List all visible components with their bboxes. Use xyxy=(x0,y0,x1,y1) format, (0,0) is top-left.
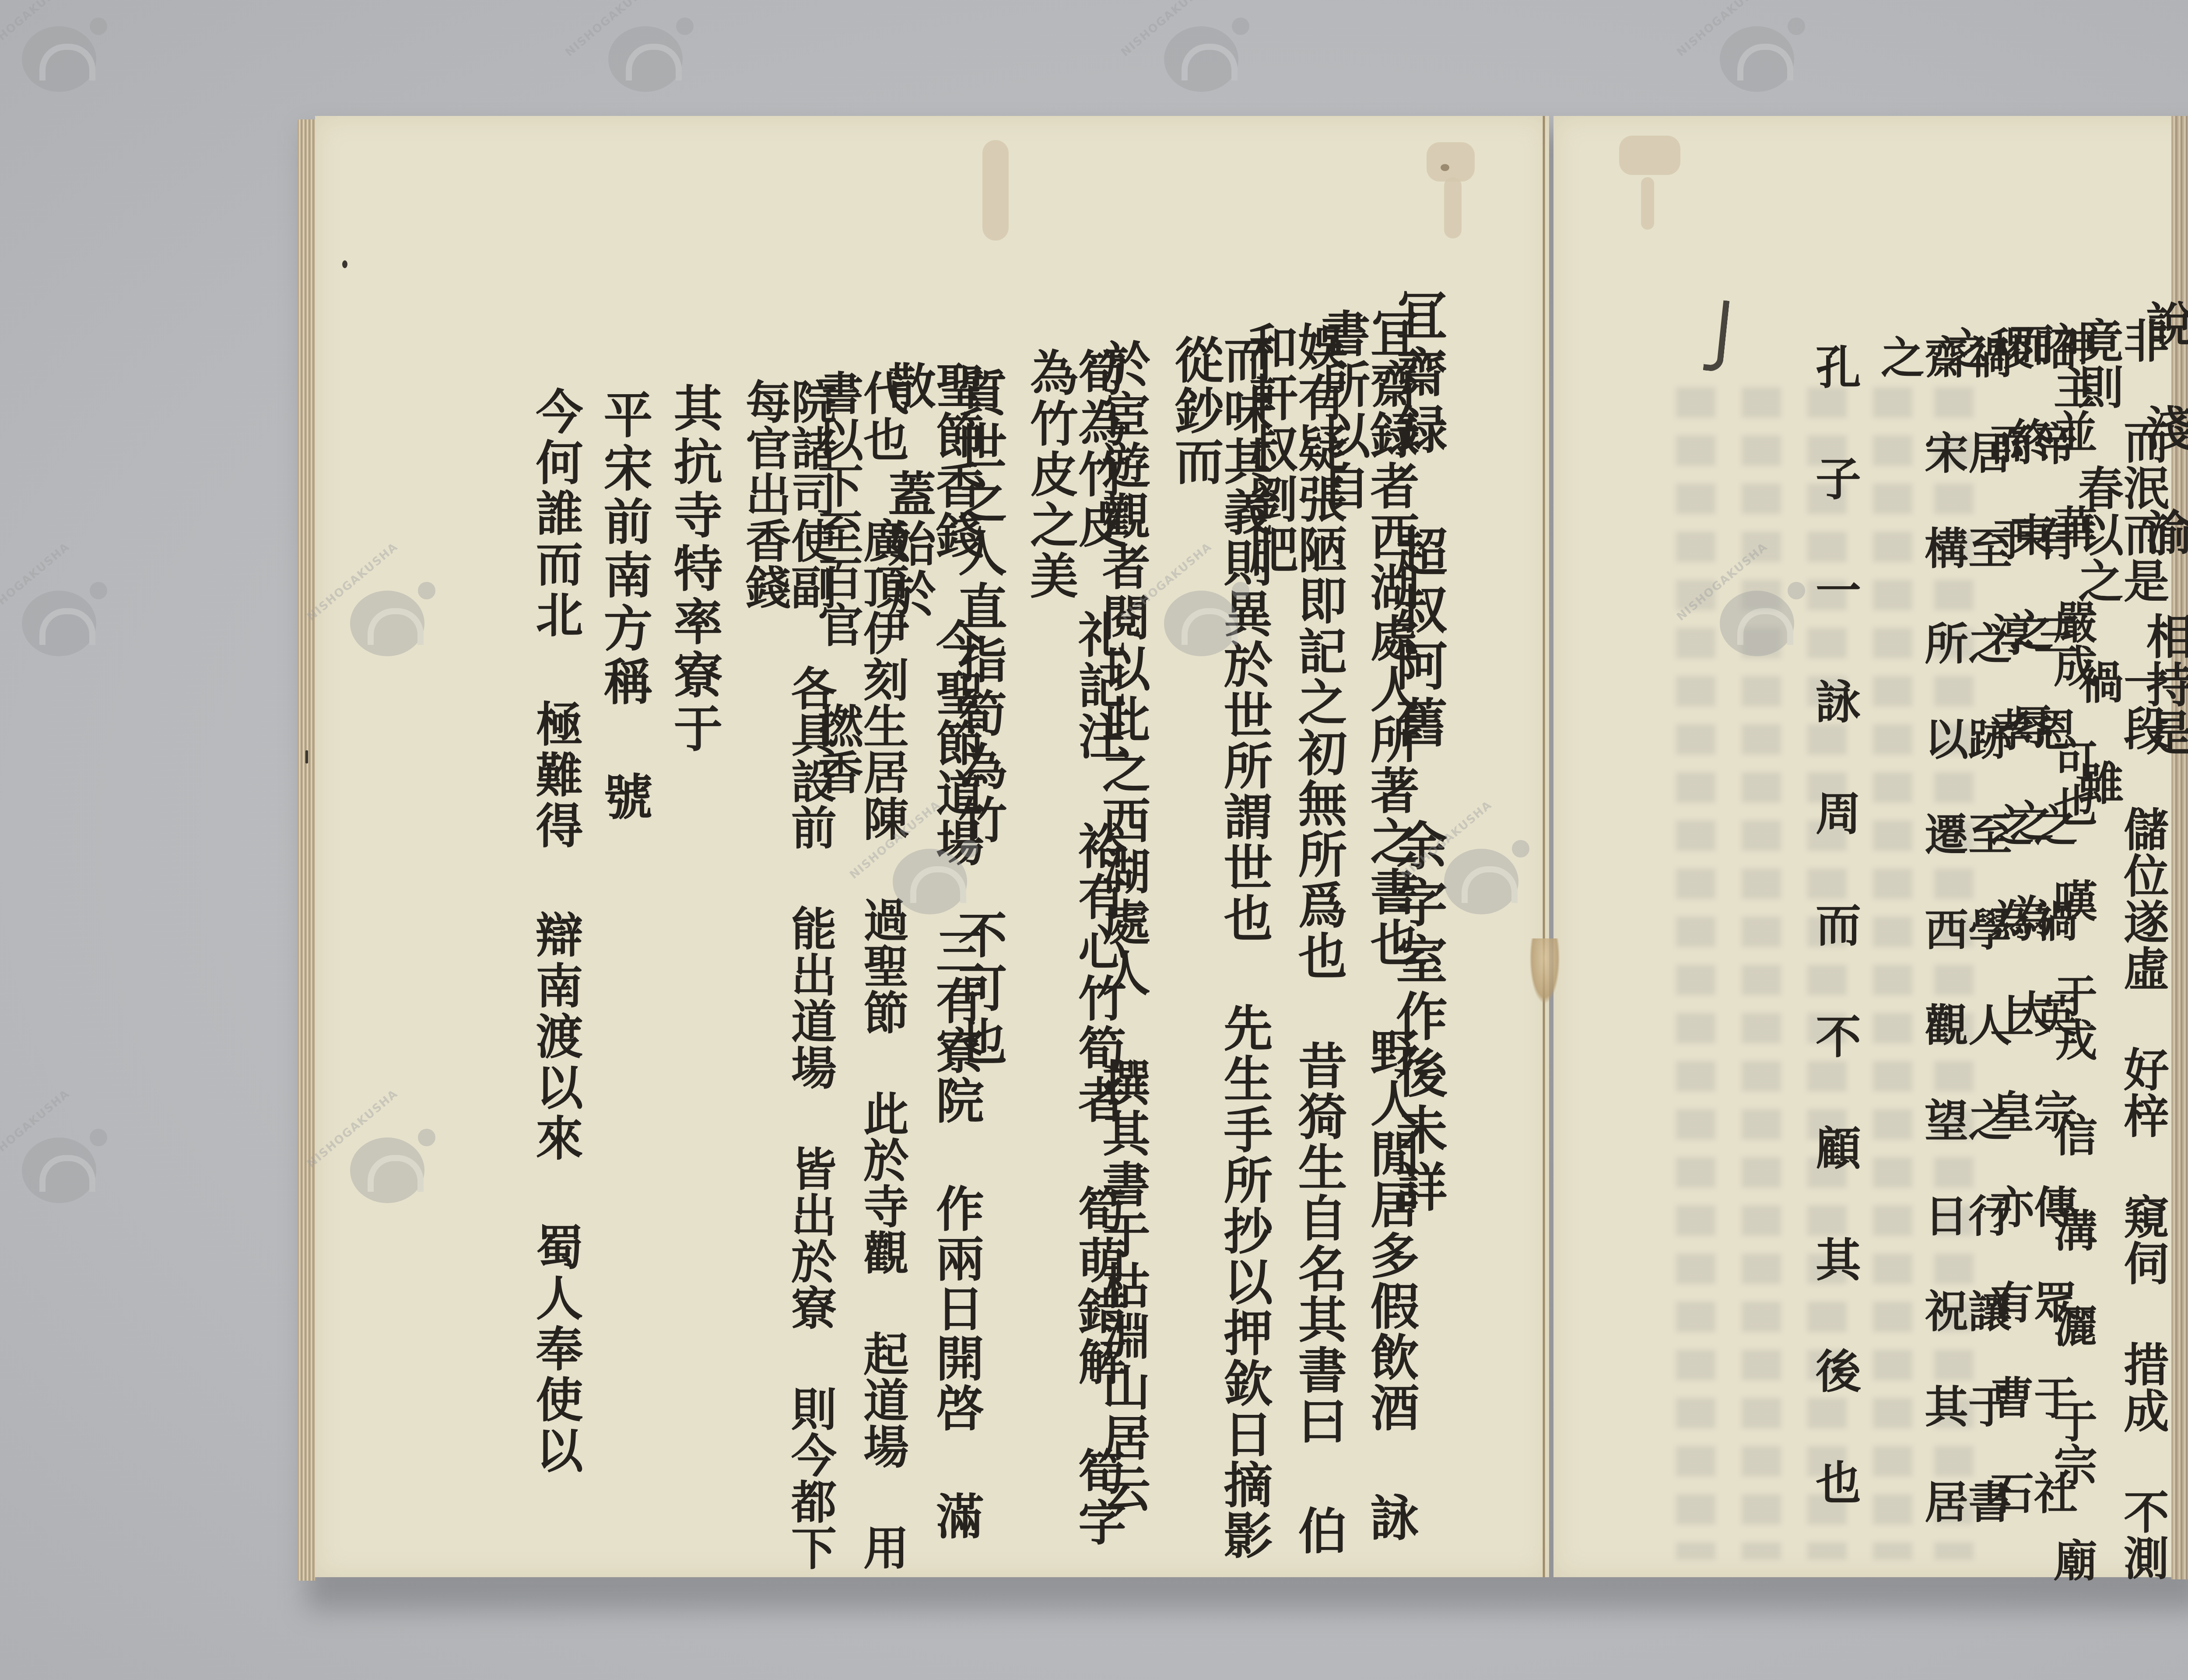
ink-bleed-through xyxy=(1742,387,1781,1560)
right-text-column: 禍 居 至 之 跡 至 學 人 之 行 讓 于 書 齋 宋 構 所 以 遷 西 … xyxy=(1877,335,2009,1586)
worm-hole xyxy=(1441,164,1449,171)
worm-damage xyxy=(1641,177,1654,230)
worm-damage xyxy=(1444,177,1462,238)
left-text-column: 平宋前南方稱 號 xyxy=(600,389,649,825)
open-book: 冝齋録 超叔阿舊 余字室作後未詳 冝齋録者西湖處人所著之書也 野人閒居多假飲酒 … xyxy=(298,116,2188,1586)
worm-damage xyxy=(1427,142,1475,182)
book-gutter xyxy=(1543,116,1545,1577)
ink-bleed-through xyxy=(1676,387,1715,1560)
left-text-column: 今何誰而北 極難得 辯南渡以來 蜀人奉使以 xyxy=(532,387,579,1477)
margin-dot xyxy=(305,750,308,763)
worm-damage xyxy=(982,140,1009,241)
left-text-column: 而味其義則異於世所謂世也 先生手所抄以押欽日摘影從鈔而 xyxy=(1171,335,1269,1586)
margin-dot xyxy=(342,260,347,268)
left-page-edge xyxy=(298,119,315,1581)
left-text-column: 院諸司使副 各具設前 能出道場 皆出於寮 則今都下 每官出香錢 xyxy=(742,378,833,1586)
worm-damage xyxy=(1619,136,1680,175)
left-text-column: 其抗寺特率寮于 xyxy=(670,383,719,756)
right-text-column: 孔 子 一 詠 周 而 不 顧 其 後 也 xyxy=(1812,343,1857,1511)
left-text-column: 筍為竹皮 礼記注 裕有心竹筍者 筍萌錯解 筍字為竹皮之美 xyxy=(1026,348,1122,1586)
binding-string xyxy=(1529,938,1560,1004)
